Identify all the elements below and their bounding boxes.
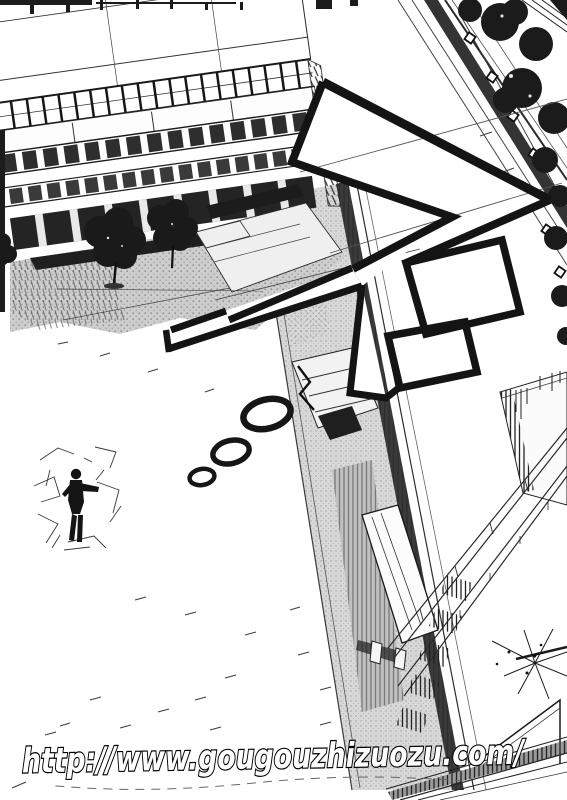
manga-page: http://www.gougouzhizuozu.com/ [0, 0, 567, 800]
manga-panel: http://www.gougouzhizuozu.com/ [0, 0, 567, 800]
